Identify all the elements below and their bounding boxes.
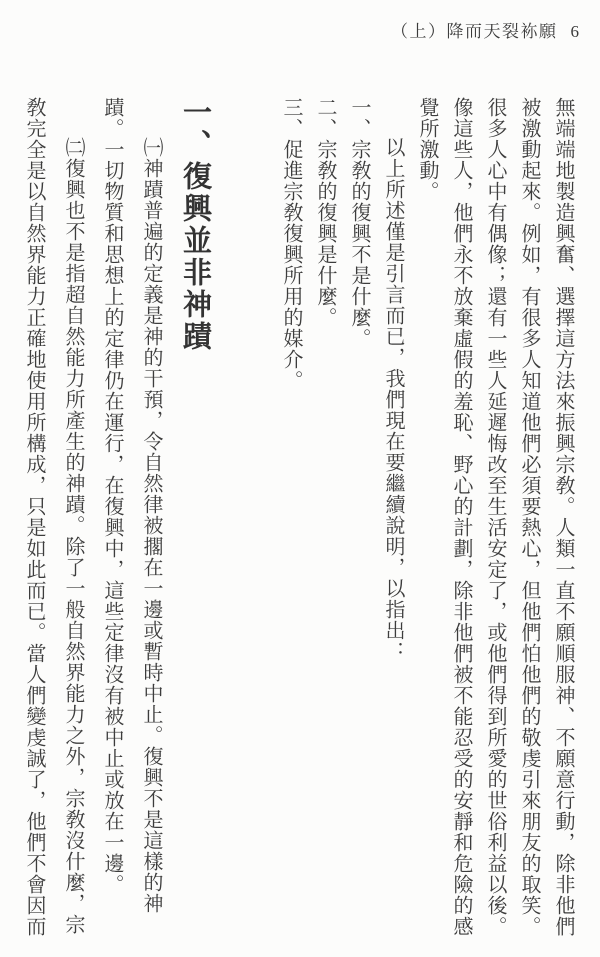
vertical-text-block: 無端端地製造興奮、選擇這方法來振興宗敎。人類一直不願順服神、不願意行動，除非他們… bbox=[16, 97, 580, 945]
paragraph-point-2: ㈡復興也不是指超自然能力所產生的神蹟。除了一般自然界能力之外，宗敎沒什麼，宗敎完… bbox=[14, 97, 92, 945]
list-item-2: 二、宗敎的復興是什麼。 bbox=[308, 97, 342, 945]
paragraph-point-1: ㈠神蹟普遍的定義是神的干預，令自然律被擱在一邊或暫時中止。復興不是這樣的神蹟。一… bbox=[92, 97, 170, 945]
paragraph-continued: 無端端地製造興奮、選擇這方法來振興宗敎。人類一直不願順服神、不願意行動，除非他們… bbox=[410, 97, 580, 945]
running-head: （上）降而天裂袮願 6 bbox=[391, 17, 579, 42]
book-page: （上）降而天裂袮願 6 無端端地製造興奮、選擇這方法來振興宗敎。人類一直不願順服… bbox=[0, 0, 600, 957]
paragraph-transition: 以上所述僅是引言而已，我們現在要繼續說明，以指出： bbox=[376, 97, 410, 945]
list-item-1: 一、宗敎的復興不是什麼。 bbox=[342, 97, 376, 945]
section-heading: 一、復興並非神蹟 bbox=[172, 97, 218, 945]
list-item-3: 三、促進宗敎復興所用的媒介。 bbox=[274, 97, 308, 945]
page-number: 6 bbox=[571, 22, 580, 42]
running-head-title: （上）降而天裂袮願 bbox=[391, 17, 558, 42]
